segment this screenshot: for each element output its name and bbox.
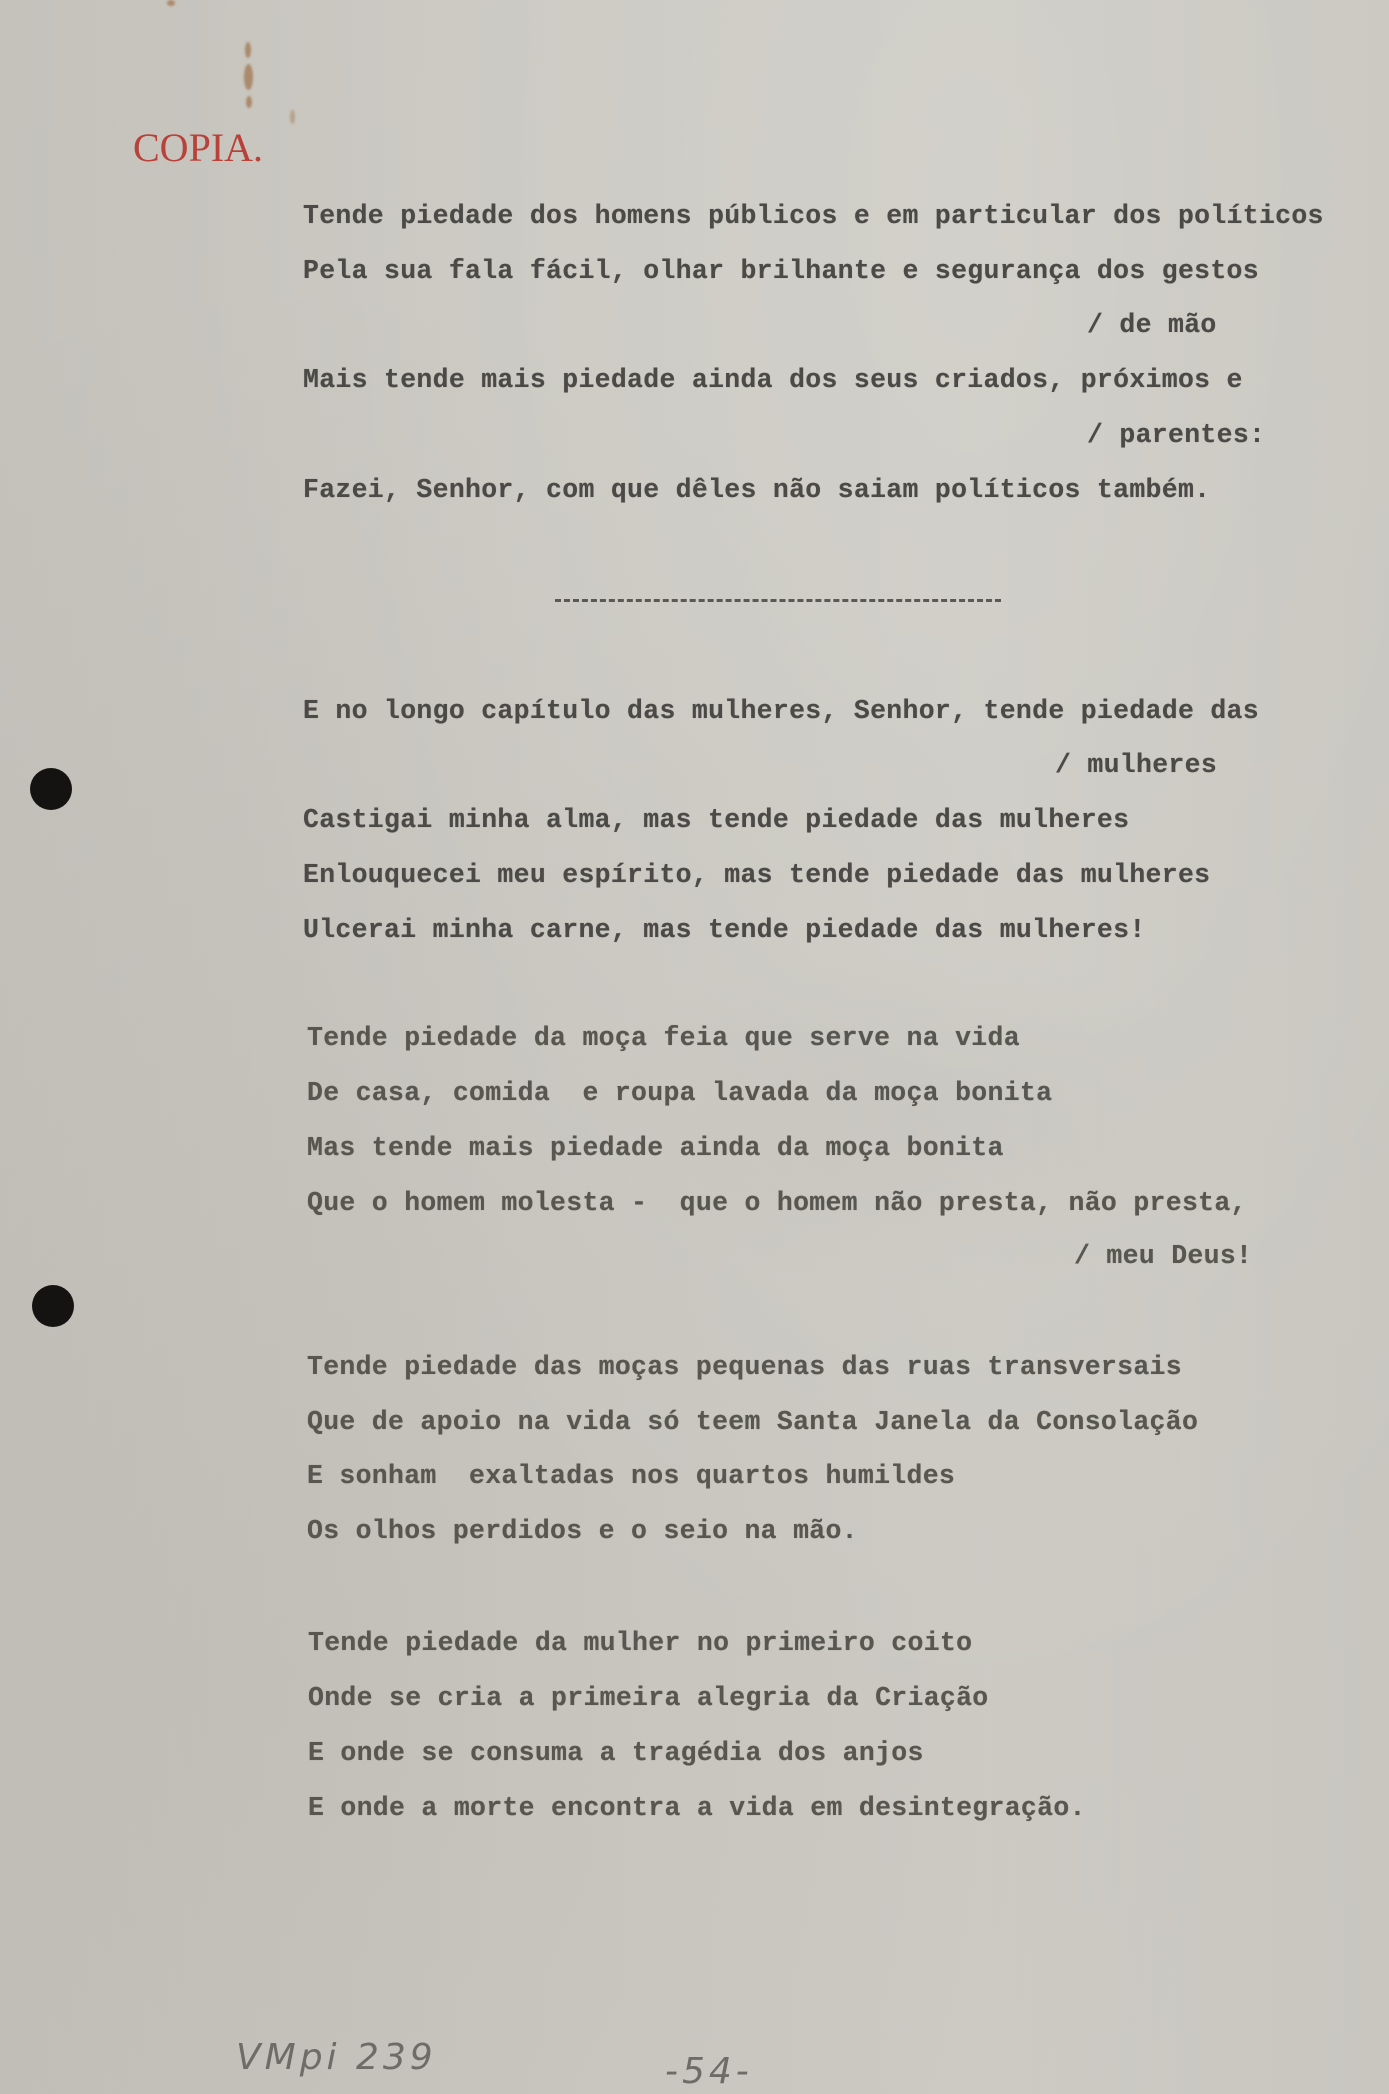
- faded-stamp-impression: [560, 950, 1260, 1290]
- poem-line-continuation: / parentes:: [1087, 422, 1265, 449]
- poem-line: E onde se consuma a tragédia dos anjos: [308, 1740, 924, 1767]
- poem-line: Enlouquecei meu espírito, mas tende pied…: [303, 862, 1210, 889]
- poem-line-continuation: / de mão: [1087, 312, 1217, 339]
- rust-stain: [167, 0, 175, 6]
- poem-line: Ulcerai minha carne, mas tende piedade d…: [303, 917, 1146, 944]
- poem-line: De casa, comida e roupa lavada da moça b…: [307, 1080, 1052, 1107]
- poem-line: Tende piedade da moça feia que serve na …: [307, 1025, 1020, 1052]
- poem-line: Castigai minha alma, mas tende piedade d…: [303, 807, 1129, 834]
- copia-stamp: COPIA.: [133, 128, 263, 168]
- punch-hole-top: [30, 768, 72, 810]
- poem-line: Mas tende mais piedade ainda da moça bon…: [307, 1135, 1004, 1162]
- poem-line-continuation: / mulheres: [1055, 752, 1217, 779]
- poem-line: E sonham exaltadas nos quartos humildes: [307, 1463, 955, 1490]
- poem-line: E no longo capítulo das mulheres, Senhor…: [303, 698, 1259, 725]
- poem-line: Que de apoio na vida só teem Santa Janel…: [307, 1409, 1198, 1436]
- punch-hole-bottom: [32, 1285, 74, 1327]
- rust-stain: [290, 110, 295, 124]
- poem-line-continuation: / meu Deus!: [1074, 1243, 1252, 1270]
- poem-line: Pela sua fala fácil, olhar brilhante e s…: [303, 258, 1259, 285]
- poem-line: Tende piedade dos homens públicos e em p…: [303, 203, 1324, 230]
- dashed-separator: [555, 599, 1001, 602]
- rust-stain: [244, 64, 253, 90]
- poem-line: Que o homem molesta - que o homem não pr…: [307, 1190, 1247, 1217]
- poem-line: Os olhos perdidos e o seio na mão.: [307, 1518, 858, 1545]
- poem-line: E onde a morte encontra a vida em desint…: [308, 1795, 1086, 1822]
- poem-line: Onde se cria a primeira alegria da Criaç…: [308, 1685, 989, 1712]
- rust-stain: [246, 96, 252, 108]
- archive-reference-note: VMpi 239: [236, 2040, 437, 2076]
- poem-line: Mais tende mais piedade ainda dos seus c…: [303, 367, 1243, 394]
- poem-line: Tende piedade da mulher no primeiro coit…: [308, 1630, 972, 1657]
- scanned-page: COPIA. Tende piedade dos homens públicos…: [0, 0, 1389, 2094]
- poem-line: Fazei, Senhor, com que dêles não saiam p…: [303, 477, 1210, 504]
- poem-line: Tende piedade das moças pequenas das rua…: [307, 1354, 1182, 1381]
- page-number: -54-: [665, 2054, 753, 2090]
- rust-stain: [245, 42, 251, 58]
